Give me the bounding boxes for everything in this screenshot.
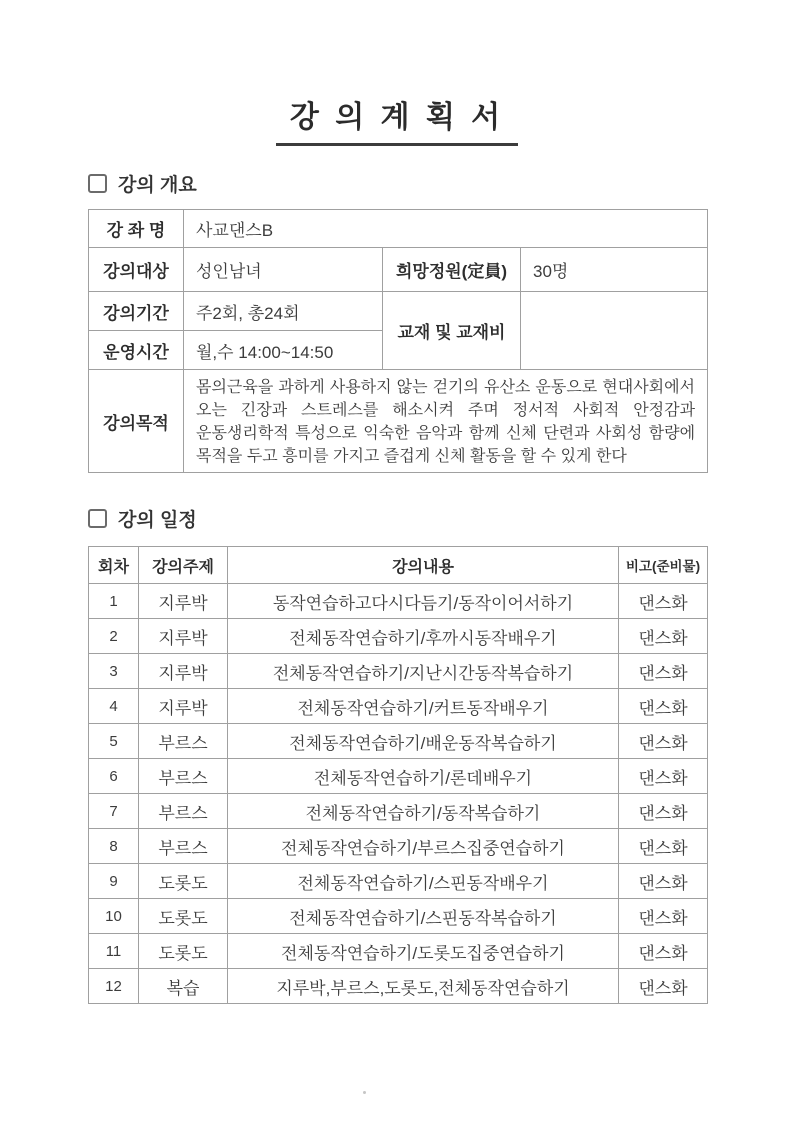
audience-label: 강의대상 — [89, 248, 184, 292]
content-cell: 전체동작연습하기/후까시동작배우기 — [228, 619, 619, 654]
schedule-section-heading: 강의 일정 — [88, 505, 794, 532]
content-cell: 전체동작연습하기/지난시간동작복습하기 — [228, 654, 619, 689]
overview-table: 강 좌 명 사교댄스B 강의대상 성인남녀 희망정원(定員) 30명 강의기간 … — [88, 209, 708, 473]
session-number-cell: 6 — [89, 759, 139, 794]
note-cell: 댄스화 — [619, 829, 708, 864]
session-column-header: 회차 — [89, 547, 139, 584]
note-cell: 댄스화 — [619, 584, 708, 619]
schedule-row: 11도롯도전체동작연습하기/도롯도집중연습하기댄스화 — [89, 934, 708, 969]
content-cell: 전체동작연습하기/동작복습하기 — [228, 794, 619, 829]
schedule-header-row: 회차 강의주제 강의내용 비고(준비물) — [89, 547, 708, 584]
course-name-row: 강 좌 명 사교댄스B — [89, 210, 708, 248]
document-title-block: 강 의 계 획 서 — [276, 92, 518, 146]
schedule-row: 4지루박전체동작연습하기/커트동작배우기댄스화 — [89, 689, 708, 724]
topic-cell: 지루박 — [139, 619, 228, 654]
capacity-value: 30명 — [521, 248, 708, 292]
topic-cell: 지루박 — [139, 654, 228, 689]
topic-cell: 도롯도 — [139, 934, 228, 969]
square-checkbox-icon — [88, 174, 107, 193]
schedule-row: 12복습지루박,부르스,도롯도,전체동작연습하기댄스화 — [89, 969, 708, 1004]
overview-section-heading: 강의 개요 — [88, 170, 794, 197]
note-column-header: 비고(준비물) — [619, 547, 708, 584]
note-cell: 댄스화 — [619, 934, 708, 969]
audience-capacity-row: 강의대상 성인남녀 희망정원(定員) 30명 — [89, 248, 708, 292]
note-cell: 댄스화 — [619, 969, 708, 1004]
schedule-row: 8부르스전체동작연습하기/부르스집중연습하기댄스화 — [89, 829, 708, 864]
purpose-row: 강의목적 몸의근육을 과하게 사용하지 않는 걷기의 유산소 운동으로 현대사회… — [89, 370, 708, 473]
topic-cell: 지루박 — [139, 584, 228, 619]
purpose-line: 몸의근육을 과하게 사용하지 않는 걷기의 유산소 운동으로 현대사회에서 — [196, 376, 695, 399]
materials-value — [521, 292, 708, 370]
session-number-cell: 3 — [89, 654, 139, 689]
document-title: 강 의 계 획 서 — [290, 101, 504, 134]
note-cell: 댄스화 — [619, 619, 708, 654]
session-number-cell: 5 — [89, 724, 139, 759]
overview-heading-label: 강의 개요 — [118, 170, 197, 197]
content-cell: 전체동작연습하기/스핀동작배우기 — [228, 864, 619, 899]
topic-cell: 부르스 — [139, 829, 228, 864]
schedule-row: 10도롯도전체동작연습하기/스핀동작복습하기댄스화 — [89, 899, 708, 934]
purpose-line: 오는 긴장과 스트레스를 해소시켜 주며 정서적 사회적 안정감과 — [196, 399, 695, 422]
period-label: 강의기간 — [89, 292, 184, 331]
content-column-header: 강의내용 — [228, 547, 619, 584]
square-checkbox-icon — [88, 509, 107, 528]
purpose-line: 목적을 두고 흥미를 가지고 즐겁게 신체 활동을 할 수 있게 한다 — [196, 445, 695, 468]
schedule-heading-label: 강의 일정 — [118, 505, 197, 532]
session-number-cell: 4 — [89, 689, 139, 724]
scan-artifact-dot — [363, 1091, 366, 1094]
content-cell: 전체동작연습하기/론데배우기 — [228, 759, 619, 794]
session-number-cell: 9 — [89, 864, 139, 899]
session-number-cell: 1 — [89, 584, 139, 619]
schedule-row: 3지루박전체동작연습하기/지난시간동작복습하기댄스화 — [89, 654, 708, 689]
note-cell: 댄스화 — [619, 724, 708, 759]
purpose-label: 강의목적 — [89, 370, 184, 473]
content-cell: 전체동작연습하기/배운동작복습하기 — [228, 724, 619, 759]
note-cell: 댄스화 — [619, 899, 708, 934]
note-cell: 댄스화 — [619, 689, 708, 724]
schedule-row: 9도롯도전체동작연습하기/스핀동작배우기댄스화 — [89, 864, 708, 899]
course-name-value: 사교댄스B — [184, 210, 708, 248]
document-page: 강 의 계 획 서 강의 개요 강 좌 명 사교댄스B 강의대상 성인남녀 희망… — [0, 0, 794, 1122]
topic-cell: 복습 — [139, 969, 228, 1004]
topic-cell: 지루박 — [139, 689, 228, 724]
schedule-row: 6부르스전체동작연습하기/론데배우기댄스화 — [89, 759, 708, 794]
schedule-row: 1지루박동작연습하고다시다듬기/동작이어서하기댄스화 — [89, 584, 708, 619]
session-number-cell: 11 — [89, 934, 139, 969]
capacity-label: 희망정원(定員) — [383, 248, 521, 292]
audience-value: 성인남녀 — [184, 248, 383, 292]
content-cell: 전체동작연습하기/커트동작배우기 — [228, 689, 619, 724]
time-value: 월,수 14:00~14:50 — [184, 331, 383, 370]
content-cell: 전체동작연습하기/스핀동작복습하기 — [228, 899, 619, 934]
session-number-cell: 7 — [89, 794, 139, 829]
schedule-row: 7부르스전체동작연습하기/동작복습하기댄스화 — [89, 794, 708, 829]
purpose-value: 몸의근육을 과하게 사용하지 않는 걷기의 유산소 운동으로 현대사회에서 오는… — [184, 370, 708, 473]
period-row: 강의기간 주2회, 총24회 교재 및 교재비 — [89, 292, 708, 331]
schedule-row: 5부르스전체동작연습하기/배운동작복습하기댄스화 — [89, 724, 708, 759]
session-number-cell: 2 — [89, 619, 139, 654]
topic-cell: 부르스 — [139, 724, 228, 759]
topic-cell: 부르스 — [139, 794, 228, 829]
note-cell: 댄스화 — [619, 759, 708, 794]
content-cell: 전체동작연습하기/부르스집중연습하기 — [228, 829, 619, 864]
course-name-label: 강 좌 명 — [89, 210, 184, 248]
note-cell: 댄스화 — [619, 794, 708, 829]
note-cell: 댄스화 — [619, 864, 708, 899]
session-number-cell: 10 — [89, 899, 139, 934]
topic-column-header: 강의주제 — [139, 547, 228, 584]
content-cell: 동작연습하고다시다듬기/동작이어서하기 — [228, 584, 619, 619]
time-label: 운영시간 — [89, 331, 184, 370]
session-number-cell: 8 — [89, 829, 139, 864]
topic-cell: 도롯도 — [139, 899, 228, 934]
content-cell: 전체동작연습하기/도롯도집중연습하기 — [228, 934, 619, 969]
schedule-table: 회차 강의주제 강의내용 비고(준비물) 1지루박동작연습하고다시다듬기/동작이… — [88, 546, 708, 1004]
content-cell: 지루박,부르스,도롯도,전체동작연습하기 — [228, 969, 619, 1004]
session-number-cell: 12 — [89, 969, 139, 1004]
topic-cell: 부르스 — [139, 759, 228, 794]
schedule-tbody: 1지루박동작연습하고다시다듬기/동작이어서하기댄스화2지루박전체동작연습하기/후… — [89, 584, 708, 1004]
materials-label: 교재 및 교재비 — [383, 292, 521, 370]
purpose-line: 운동생리학적 특성으로 익숙한 음악과 함께 신체 단련과 사회성 함량에 — [196, 422, 695, 445]
period-value: 주2회, 총24회 — [184, 292, 383, 331]
topic-cell: 도롯도 — [139, 864, 228, 899]
schedule-row: 2지루박전체동작연습하기/후까시동작배우기댄스화 — [89, 619, 708, 654]
note-cell: 댄스화 — [619, 654, 708, 689]
